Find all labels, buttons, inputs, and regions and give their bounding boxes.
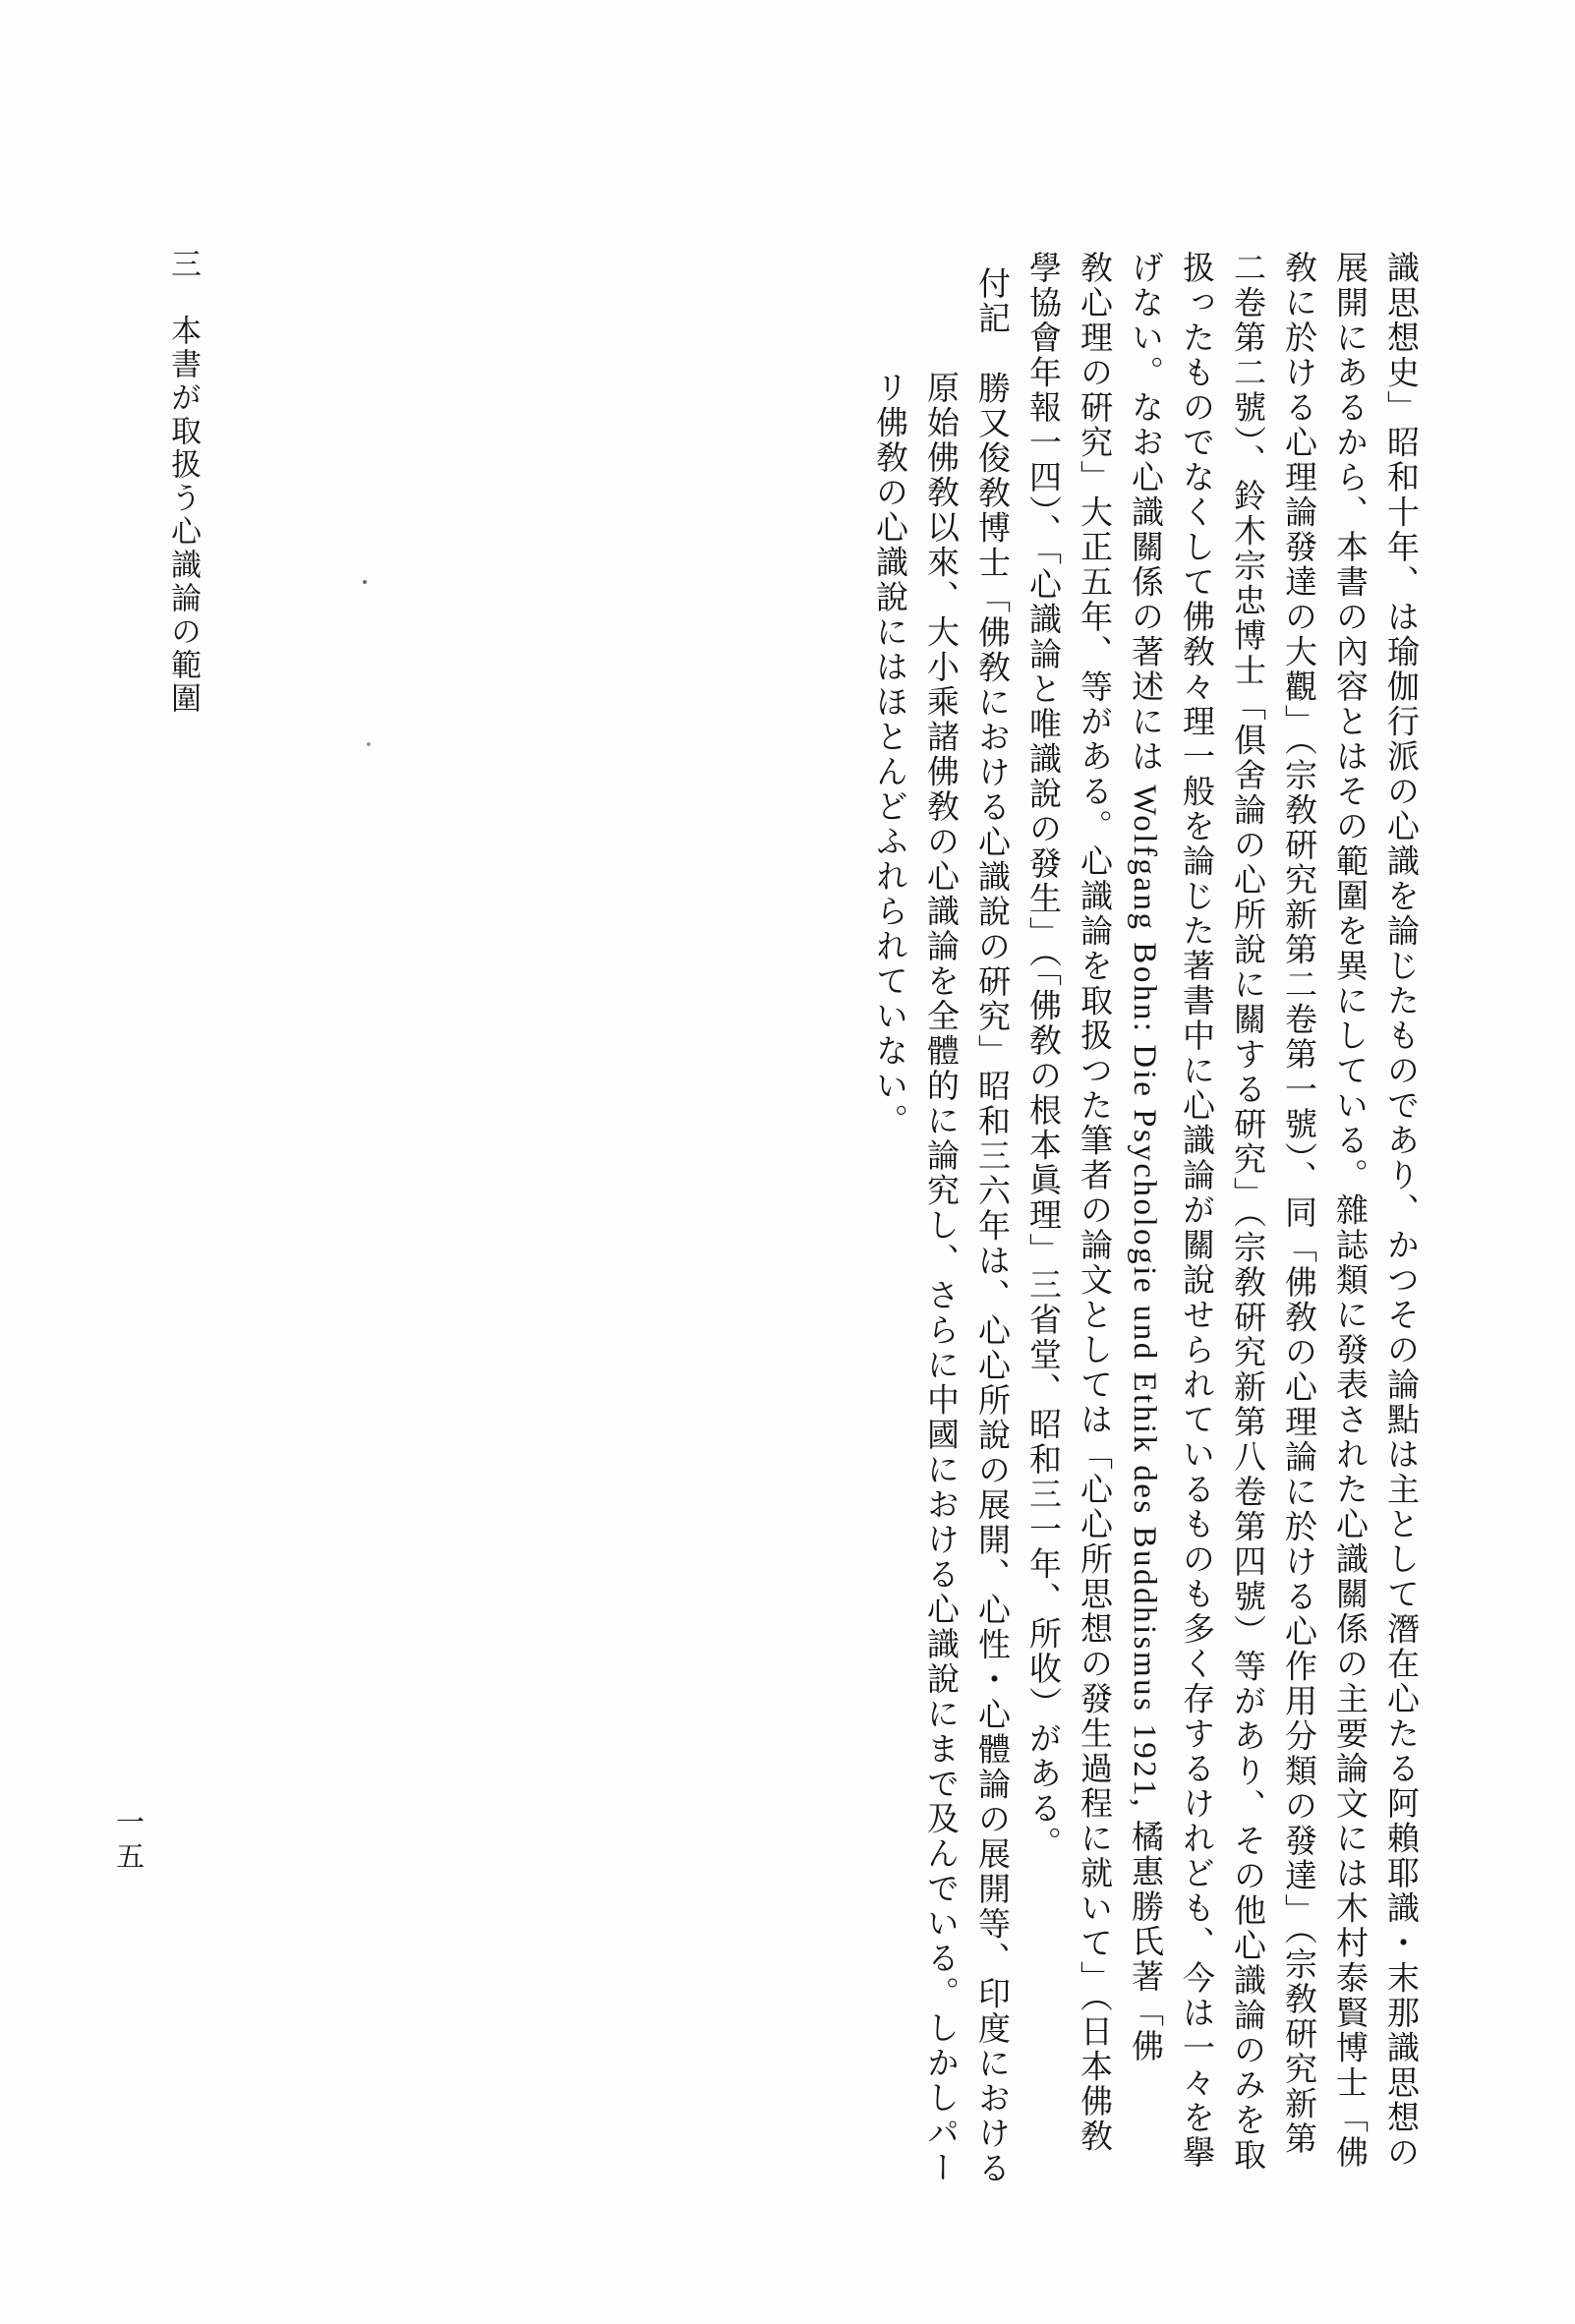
text-column-appendix: 付記 勝又俊敎博士「佛敎における心識說の硏究」昭和三六年は、心心所說の展開、心性… (965, 251, 1017, 2186)
section-title: 本書が取扱う心識論の範圍 (166, 315, 201, 716)
text-column: 二卷第二號）、鈴木宗忠博士「俱舍論の心所說に關する硏究」（宗敎硏究新第八卷第四號… (1221, 251, 1272, 2173)
book-page: 識思想史」昭和十年、は瑜伽行派の心識を論じたものであり、かつその論點は主として潛… (0, 0, 1575, 2324)
text-column: 識思想史」昭和十年、は瑜伽行派の心識を論じたものであり、かつその論點は主として潛… (1374, 251, 1426, 2171)
text-column: 學協會年報一四）、「心識論と唯識說の發生」（「佛敎の根本眞理」三省堂、昭和三一年… (1017, 251, 1068, 1861)
text-column: 扱ったものでなくして佛敎々理一般を論じた著書中に心識論が關說せられているものも多… (1170, 251, 1221, 2171)
text-column: げない。なお心識關係の著述には Wolfgang Bohn: Die Psych… (1119, 251, 1170, 2063)
text-column-appendix: 原始佛敎以來、大小乘諸佛敎の心識論を全體的に論究し、さらに中國における心識說にま… (914, 251, 965, 2185)
text-column: 展開にあるから、本書の內容とはその範圍を異にしている。雜誌類に發表された心識關係… (1323, 251, 1374, 2171)
text-column: 敎に於ける心理論發達の大觀」（宗敎硏究新第二卷第一號）、同「佛敎の心理論に於ける… (1272, 251, 1323, 2157)
text-column-appendix: リ佛敎の心識說にはほとんどふれられていない。 (863, 251, 914, 1138)
section-heading: 三本書が取扱う心識論の範圍 (159, 248, 206, 716)
print-speck (363, 580, 367, 584)
text-column: 敎心理の硏究」大正五年、等がある。心識論を取扱つた筆者の論文としては「心心所思想… (1068, 251, 1119, 2154)
print-speck (367, 742, 371, 746)
body-text-block: 識思想史」昭和十年、は瑜伽行派の心識を論じたものであり、かつその論點は主として潛… (863, 251, 1426, 2186)
page-number: 一五 (108, 1807, 147, 1876)
section-number: 三 (166, 248, 201, 281)
